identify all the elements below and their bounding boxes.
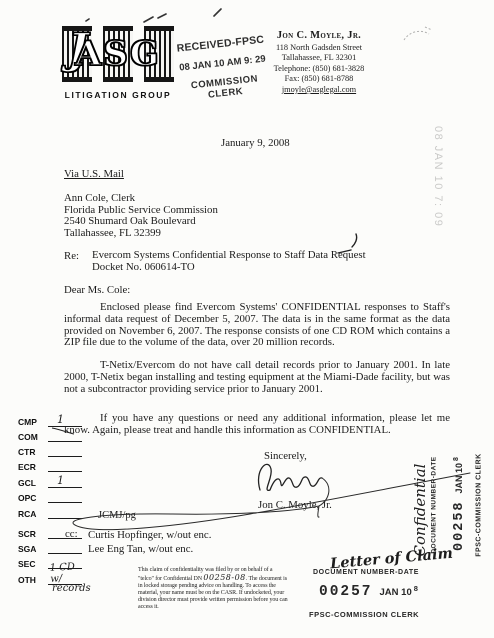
- delivery-method: Via U.S. Mail: [64, 168, 124, 180]
- document-number-stamp-horizontal: Letter of Claim DOCUMENT NUMBER-DATE 002…: [306, 551, 448, 626]
- routing-code-label: OTH: [18, 575, 45, 585]
- typist-initials: JCMJ/pg: [98, 510, 136, 521]
- logo-leaf-marks: [86, 9, 221, 22]
- stamp-number: 00258: [452, 500, 467, 551]
- closing-sincerely: Sincerely,: [264, 450, 307, 462]
- attorney-phone: Telephone: (850) 681-3828: [258, 64, 380, 75]
- letterhead-attorney-block: Jon C. Moyle, Jr. 118 North Gadsden Stre…: [258, 31, 380, 96]
- stamp-year: 8: [453, 457, 460, 461]
- salutation: Dear Ms. Cole:: [64, 284, 130, 296]
- routing-code-label: COM: [18, 432, 45, 442]
- routing-code-cmp: CMP 1: [18, 414, 82, 427]
- routing-code-blank: [48, 489, 82, 503]
- routing-code-label: SGA: [18, 544, 45, 554]
- routing-code-label: SEC: [18, 559, 45, 569]
- routing-code-blank: [48, 428, 82, 442]
- cc-label: cc:: [65, 528, 78, 540]
- routing-code-label: OPC: [18, 493, 45, 503]
- stamp-number-line: 00257JAN 108: [319, 582, 418, 600]
- attorney-address-line2: Tallahassee, FL 32301: [258, 53, 380, 64]
- re-label: Re:: [64, 250, 92, 273]
- handwritten-mark: 1 CD w/: [49, 561, 82, 585]
- routing-code-blank: 1: [48, 474, 82, 488]
- routing-code-label: CTR: [18, 447, 45, 457]
- handwritten-dn-number: 00258-08: [203, 573, 245, 582]
- handwritten-mark-line2: records: [52, 583, 91, 594]
- stamp-label: DOCUMENT NUMBER-DATE: [313, 569, 419, 576]
- attorney-fax: Fax: (850) 681-8788: [258, 74, 380, 85]
- signature-squiggle: [259, 464, 322, 490]
- stamp-label: DOCUMENT NUMBER-DATE: [431, 456, 438, 553]
- asg-litigation-group-logo: J ASG LITIGATION GROUP: [62, 26, 174, 100]
- routing-code-blank: 1 CD w/ records: [48, 571, 82, 585]
- handwritten-mark: 1: [57, 474, 64, 487]
- pen-scribble-top-right: [404, 27, 432, 40]
- recipient-city: Tallahassee, FL 32399: [64, 228, 218, 240]
- stamp-year: 8: [414, 584, 418, 593]
- routing-code-label: SCR: [18, 529, 45, 539]
- routing-code-blank: [48, 540, 82, 554]
- handwritten-confidential: Confidential: [411, 464, 429, 557]
- body-paragraph-2: T-Netix/Evercom do not have call detail …: [64, 360, 450, 395]
- scanned-letter-page: J ASG LITIGATION GROUP RECEIVED-FPSC 08 …: [0, 0, 494, 638]
- re-docket-number: Docket No. 060614-TO: [92, 262, 366, 274]
- stamp-org: FPSC-COMMISSION CLERK: [309, 610, 419, 619]
- cc-list: Curtis Hopfinger, w/out enc. Lee Eng Tan…: [88, 528, 211, 556]
- routing-code-oth: OTH 1 CD w/ records: [18, 572, 82, 585]
- body-paragraph-3: If you have any questions or need any ad…: [64, 413, 450, 437]
- attorney-email: jmoyle@asglegal.com: [258, 85, 380, 96]
- re-subject-block: Re: Evercom Systems Confidential Respons…: [64, 250, 366, 273]
- faint-date-stamp: 08 JAN 10 7: 09: [432, 126, 444, 258]
- cc-name: Lee Eng Tan, w/out enc.: [88, 542, 211, 556]
- confidentiality-disclaimer: This claim of confidentiality was filed …: [138, 567, 288, 611]
- routing-code-gcl: GCL 1: [18, 475, 82, 488]
- logo-monogram: ASG: [62, 29, 174, 79]
- stamp-number-line: 00258JAN 108: [449, 457, 467, 551]
- routing-code-label: CMP: [18, 417, 45, 427]
- recipient-name: Ann Cole, Clerk: [64, 193, 218, 205]
- routing-code-blank: 1: [48, 413, 82, 427]
- routing-code-com: COM: [18, 429, 82, 442]
- routing-code-blank: [48, 443, 82, 457]
- cc-name: Curtis Hopfinger, w/out enc.: [88, 528, 211, 542]
- stamp-org: FPSC-COMMISSION CLERK: [476, 453, 483, 556]
- routing-code-sga: SGA: [18, 541, 82, 554]
- re-subject-line1: Evercom Systems Confidential Response to…: [92, 250, 366, 262]
- routing-code-blank: [48, 505, 82, 519]
- attorney-address-line1: 118 North Gadsden Street: [258, 43, 380, 54]
- routing-code-ecr: ECR: [18, 459, 82, 472]
- routing-code-opc: OPC: [18, 490, 82, 503]
- routing-code-ctr: CTR: [18, 444, 82, 457]
- body-paragraph-1: Enclosed please find Evercom Systems' CO…: [64, 302, 450, 349]
- logo-subtitle: LITIGATION GROUP: [62, 90, 174, 100]
- routing-code-label: ECR: [18, 462, 45, 472]
- routing-code-blank: [48, 458, 82, 472]
- stamp-number: 00257: [319, 584, 373, 600]
- letter-date: January 9, 2008: [221, 137, 290, 149]
- routing-code-label: GCL: [18, 478, 45, 488]
- attorney-name: Jon C. Moyle, Jr.: [258, 31, 380, 42]
- received-stamp-line1: RECEIVED-FPSC: [169, 33, 272, 56]
- routing-code-label: RCA: [18, 509, 45, 519]
- handwritten-mark: 1: [57, 413, 64, 426]
- stamp-date: JAN 10: [380, 587, 412, 598]
- routing-code-rca: RCA: [18, 506, 82, 519]
- recipient-address-block: Ann Cole, Clerk Florida Public Service C…: [64, 193, 218, 240]
- stamp-date: JAN 10: [454, 463, 464, 494]
- signer-typed-name: Jon C. Moyle, Jr.: [258, 499, 332, 511]
